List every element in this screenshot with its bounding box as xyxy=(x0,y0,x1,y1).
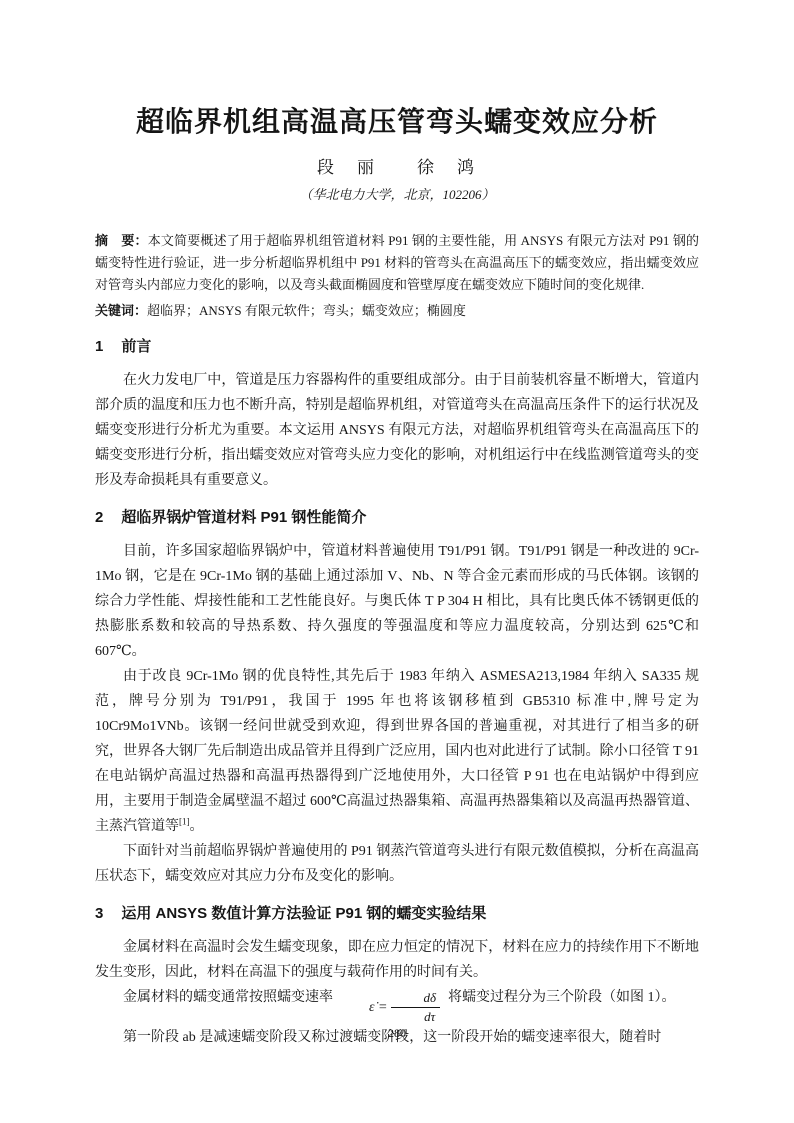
keywords-line: 关键词：超临界；ANSYS 有限元软件；弯头；蠕变效应；椭圆度 xyxy=(95,300,699,322)
section-3-title: 运用 ANSYS 数值计算方法验证 P91 钢的蠕变实验结果 xyxy=(121,905,486,922)
section-3-heading: 3运用 ANSYS 数值计算方法验证 P91 钢的蠕变实验结果 xyxy=(95,904,699,924)
section-1-title: 前言 xyxy=(121,338,151,355)
section-2-paragraph-1: 目前，许多国家超临界锅炉中，管道材料普遍使用 T91/P91 钢。T91/P91… xyxy=(95,539,699,664)
section-3-paragraph-1: 金属材料在高温时会发生蠕变现象，即在应力恒定的情况下，材料在应力的持续作用下不断… xyxy=(95,935,699,985)
formula-denominator: dτ xyxy=(391,1008,440,1025)
section-3-number: 3 xyxy=(95,905,103,922)
paper-page: 超临界机组高温高压管弯头蠕变效应分析 段 丽 徐 鸿 （华北电力大学，北京，10… xyxy=(0,0,794,1123)
section-2-number: 2 xyxy=(95,509,103,526)
section-2-title: 超临界锅炉管道材料 P91 钢性能简介 xyxy=(121,509,366,526)
formula-paragraph: 金属材料的蠕变通常按照蠕变速率ε̇ =dδdτ将蠕变过程分为三个阶段（如图 1）… xyxy=(95,985,699,1025)
formula-numerator: dδ xyxy=(391,990,440,1008)
section-2-heading: 2超临界锅炉管道材料 P91 钢性能简介 xyxy=(95,508,699,528)
paper-title: 超临界机组高温高压管弯头蠕变效应分析 xyxy=(95,104,699,140)
authors: 段 丽 徐 鸿 xyxy=(95,157,699,179)
keywords-text: 超临界；ANSYS 有限元软件；弯头；蠕变效应；椭圆度 xyxy=(147,303,466,318)
section-2-paragraph-3: 下面针对当前超临界锅炉普遍使用的 P91 钢蒸汽管道弯头进行有限元数值模拟，分析… xyxy=(95,839,699,889)
creep-rate-formula: ε̇ =dδdτ xyxy=(341,990,440,1025)
section-2-paragraph-2-text: 由于改良 9Cr-1Mo 钢的优良特性,其先后于 1983 年纳入 ASMESA… xyxy=(95,669,699,834)
reference-mark-1: [1] xyxy=(179,816,190,826)
section-2-paragraph-2: 由于改良 9Cr-1Mo 钢的优良特性,其先后于 1983 年纳入 ASMESA… xyxy=(95,664,699,839)
abstract-text: 本文简要概述了用于超临界机组管道材料 P91 钢的主要性能，用 ANSYS 有限… xyxy=(95,233,699,292)
section-2-paragraph-2-period: 。 xyxy=(190,819,204,834)
abstract-paragraph: 摘 要：本文简要概述了用于超临界机组管道材料 P91 钢的主要性能，用 ANSY… xyxy=(95,230,699,296)
affiliation: （华北电力大学，北京，102206） xyxy=(95,186,699,204)
section-1-number: 1 xyxy=(95,338,103,355)
section-1-paragraph-1: 在火力发电厂中，管道是压力容器构件的重要组成部分。由于目前装机容量不断增大，管道… xyxy=(95,368,699,493)
formula-lhs: ε̇ = xyxy=(341,995,387,1020)
section-1-heading: 1前言 xyxy=(95,337,699,357)
page-number: 280 xyxy=(0,1026,794,1041)
keywords-label: 关键词： xyxy=(95,303,147,318)
formula-text-after: 将蠕变过程分为三个阶段（如图 1）。 xyxy=(448,990,676,1005)
formula-text-before: 金属材料的蠕变通常按照蠕变速率 xyxy=(123,990,333,1005)
formula-fraction: dδdτ xyxy=(391,990,440,1025)
abstract-label: 摘 要： xyxy=(95,233,148,248)
